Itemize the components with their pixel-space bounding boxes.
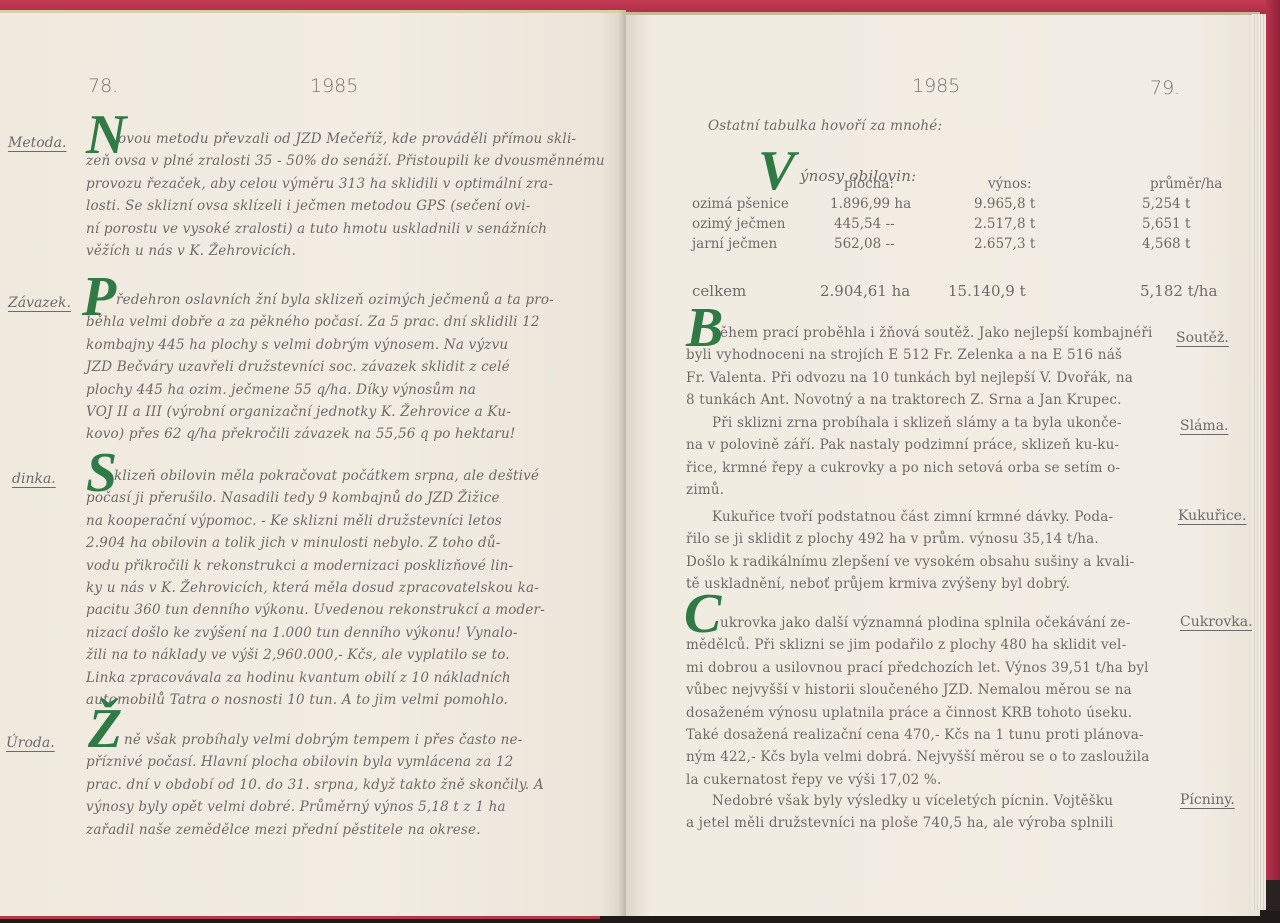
paragraph-soutez: ěhem prací proběhla i žňová soutěž. Jako… (686, 322, 1153, 412)
margin-label-slama: Sláma. (1180, 418, 1229, 434)
paragraph-picniny: Nedobré však byly výsledky u víceletých … (686, 790, 1114, 835)
margin-label-picniny: Pícniny. (1180, 792, 1235, 808)
paragraph-slama: Při sklizni zrna probíhala i sklizeň slá… (686, 412, 1122, 502)
year-heading-right: 1985 (912, 75, 960, 97)
paragraph-metoda: ovou metodu převzali od JZD Mečeříž, kde… (86, 128, 605, 262)
margin-label-metoda: Metoda. (8, 135, 66, 151)
page-number-right: 79. (1150, 77, 1180, 99)
margin-label-cukrovka: Cukrovka. (1180, 614, 1253, 630)
initial-letter-v: V (758, 143, 795, 199)
margin-label-kukurice: Kukuřice. (1178, 508, 1246, 524)
margin-label-zavazek: Závazek. (8, 295, 71, 311)
paragraph-cukrovka: ukrovka jako další významná plodina spln… (686, 612, 1150, 791)
paragraph-zavazek: ředehron oslavních žní byla sklizeň ozim… (86, 289, 554, 446)
margin-label-soutez: Soutěž. (1176, 330, 1229, 346)
margin-label-uroda: Úroda. (6, 735, 55, 751)
margin-label-linka: dinka. (12, 471, 56, 487)
paragraph-kukurice: Kukuřice tvoří podstatnou část zimní krm… (686, 506, 1134, 596)
page-number-left: 78. (88, 75, 118, 97)
book-cover-right-edge (1266, 0, 1280, 880)
left-page: 78. 1985 Metoda. N ovou metodu převzali … (0, 10, 626, 916)
paragraph-uroda: ně však probíhaly velmi dobrým tempem i … (86, 729, 544, 841)
paragraph-linka: klizeň obilovin měla pokračovat počátkem… (86, 465, 545, 711)
page-edge-stack (1252, 14, 1266, 910)
year-heading-left: 1985 (310, 75, 358, 97)
table-intro-text: Ostatní tabulka hovoří za mnohé: (708, 115, 942, 137)
